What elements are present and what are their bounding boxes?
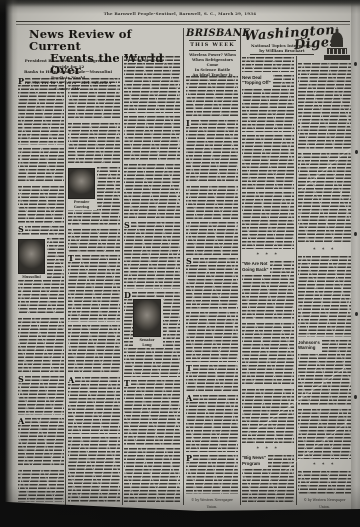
paragraph: S (186, 258, 238, 312)
paragraph (242, 192, 294, 252)
paragraph-with-inset: "We Are Not Going Back" (242, 261, 294, 323)
paragraph: P (18, 78, 64, 148)
drop-cap: T (68, 255, 75, 262)
paragraph: S (18, 376, 64, 418)
paragraph (18, 470, 64, 505)
new-deal-subhead: New Deal "Topping Off" (242, 75, 273, 87)
column-rule-2 (122, 56, 123, 505)
brisbane-topic: When Refrigerators Come (186, 58, 239, 68)
text-column-4: I S T A P © by Western Newspaper Union. (186, 76, 238, 505)
paragraph (124, 164, 180, 222)
drop-cap: A (68, 377, 75, 384)
drop-cap: S (186, 258, 193, 265)
text-column-3: S D Senator Long T (124, 56, 180, 505)
paragraph (298, 63, 351, 153)
dust-speck (354, 395, 357, 399)
wnu-credit: © by Western Newspaper Union. (298, 497, 351, 505)
photo-caption: Goering (68, 204, 95, 209)
column-rule-1 (65, 78, 66, 505)
brisbane-rule (189, 40, 236, 41)
photo-caption: Mussolini (18, 274, 45, 279)
text-column-2: Premier Goering T A (68, 78, 120, 505)
drop-cap: A (186, 395, 193, 402)
text-column-5: New Deal "Topping Off" * * * "We Are Not… (242, 57, 294, 505)
star-separator: * * * (298, 247, 351, 256)
drop-cap: I (186, 120, 191, 127)
paragraph: A (18, 418, 64, 470)
paragraph: A (68, 377, 120, 437)
drop-cap: P (186, 455, 193, 462)
dust-speck (355, 150, 358, 154)
subhead-line: Going Back" (242, 267, 268, 273)
paragraph (298, 153, 351, 248)
paragraph (242, 135, 294, 193)
paragraph: A (186, 395, 238, 455)
johnsons-warning-subhead: Johnson's Warning (298, 340, 322, 352)
paragraph: I (186, 120, 238, 186)
paragraph (186, 222, 238, 258)
paragraph (68, 123, 120, 167)
drop-cap: S (18, 376, 25, 383)
paragraph (186, 312, 238, 365)
paragraph: T (124, 380, 180, 448)
column-rule-4 (240, 28, 241, 505)
dust-speck (355, 312, 358, 316)
drop-cap: T (124, 380, 131, 387)
big-news-subhead: "Big News" Program (242, 455, 268, 467)
column-rule-5 (296, 56, 297, 505)
paragraph (298, 256, 351, 340)
scan-margin-right (351, 0, 360, 527)
brisbane-rule (189, 50, 236, 51)
paragraph (18, 318, 64, 376)
star-separator: * * * (242, 446, 294, 455)
goering-photo: Premier Goering (68, 167, 97, 210)
paragraph (242, 389, 294, 447)
photo-caption: Long (133, 342, 161, 347)
brisbane-topic-list: Wireless Power? When When Refrigerators … (186, 53, 239, 78)
paragraph: T (186, 365, 238, 395)
brisbane-column-header: BRISBANE THIS WEEK Wireless Power? When … (186, 28, 239, 78)
brisbane-title: BRISBANE (186, 28, 239, 39)
paragraph (186, 186, 238, 222)
paragraph: S (18, 226, 64, 238)
drop-cap: D (124, 292, 132, 299)
paragraph (124, 448, 180, 505)
paragraph-with-inset: Johnson's Warning (298, 340, 351, 410)
paragraph: P (186, 455, 238, 497)
wnu-credit: © by Western Newspaper Union. (186, 497, 238, 505)
long-photo: Senator Long (133, 298, 163, 348)
portrait-photo (133, 299, 161, 337)
paragraph (124, 116, 180, 164)
drop-cap: S (124, 222, 131, 229)
drop-cap: P (18, 78, 25, 85)
paragraph-with-photo: D Senator Long (124, 292, 180, 380)
dust-speck (354, 232, 357, 236)
paragraph (68, 437, 120, 505)
tagline-rule (250, 54, 314, 55)
drop-cap: S (18, 226, 25, 233)
star-separator: * * * (242, 252, 294, 261)
paragraph (242, 323, 294, 389)
paragraph (68, 229, 120, 255)
drop-cap: T (186, 365, 193, 372)
newspaper-page-scan: The Barnwell People-Sentinel, Barnwell, … (0, 0, 360, 527)
text-column-1: P S Mussolini S A (18, 78, 64, 505)
capitol-dome-icon (322, 27, 352, 61)
paragraph (18, 148, 64, 186)
subhead-line: Program (242, 461, 266, 467)
washington-digest-tagline: National Topics Interpreted by William B… (244, 43, 320, 53)
star-separator: * * * (298, 462, 351, 471)
paragraph (242, 57, 294, 75)
subhead-line: "Big News" (242, 455, 266, 461)
portrait-photo (18, 239, 45, 274)
masthead-rule-top (16, 21, 350, 22)
paragraph-with-photo: Premier Goering (68, 167, 120, 229)
tagline-line: by William Bruckart (244, 48, 320, 53)
paragraph-with-inset: "Big News" Program (242, 455, 294, 505)
paragraph (186, 76, 238, 120)
not-going-back-subhead: "We Are Not Going Back" (242, 261, 270, 273)
brisbane-subtitle: THIS WEEK (186, 42, 239, 49)
portrait-photo (68, 168, 95, 199)
paragraph-with-photo: Mussolini (18, 238, 64, 318)
paragraph (68, 78, 120, 123)
paragraph: T (68, 255, 120, 325)
news-review-headline-line1: News Review of Current (22, 28, 180, 52)
film-edge-top (0, 0, 360, 9)
mussolini-photo: Mussolini (18, 238, 47, 280)
paragraph: S (124, 222, 180, 292)
subhead-line: "We Are Not (242, 261, 268, 267)
paragraph (124, 56, 180, 116)
deck-line: President Roosevelt Asks Congress to Pro… (17, 58, 119, 69)
dust-speck (354, 62, 357, 66)
paragraph (298, 471, 351, 497)
paragraph (18, 186, 64, 226)
paragraph-with-inset: New Deal "Topping Off" (242, 75, 294, 135)
column-rule-3 (183, 28, 184, 505)
masthead-dateline: The Barnwell People-Sentinel, Barnwell, … (80, 11, 280, 16)
paragraph (68, 325, 120, 377)
film-edge-left (0, 0, 18, 527)
subhead-line: "Topping Off" (242, 80, 271, 86)
subhead-line: Warning (298, 345, 320, 351)
drop-cap: A (18, 418, 25, 425)
